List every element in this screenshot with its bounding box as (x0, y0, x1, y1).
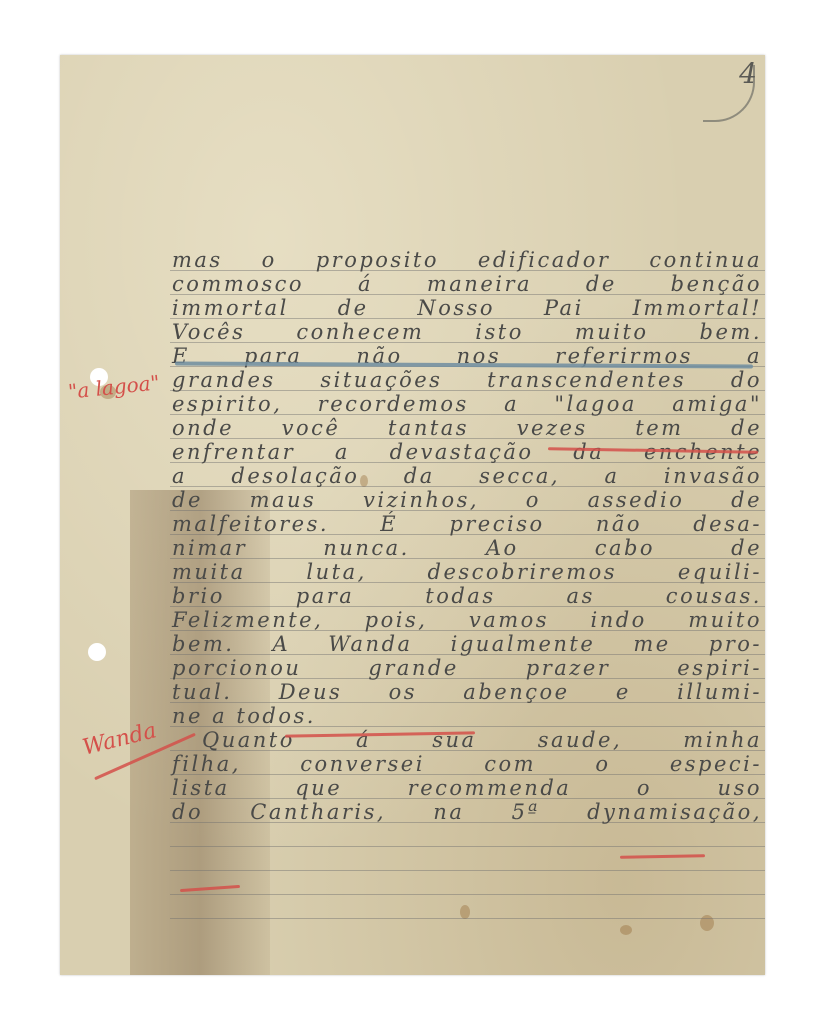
ruled-line (170, 870, 765, 871)
text-line: grandes situações transcendentes do (172, 368, 762, 392)
text-line: nimar nunca. Ao cabo de (172, 536, 762, 560)
text-line: a desolação da secca, a invasão (172, 464, 762, 488)
text-line: espirito, recordemos a "lagoa amiga" (172, 392, 762, 416)
red-pencil-underline (620, 854, 705, 858)
stain-spot (620, 925, 632, 935)
text-line: malfeitores. É preciso não desa- (172, 512, 762, 536)
text-line: commosco á maneira de benção (172, 272, 762, 296)
text-line: bem. A Wanda igualmente me pro- (172, 632, 762, 656)
text-line: Vocês conhecem isto muito bem. (172, 320, 762, 344)
text-line: onde você tantas vezes tem de (172, 416, 762, 440)
punch-hole (88, 643, 106, 661)
text-line: filha, conversei com o especi- (172, 752, 762, 776)
ruled-line (170, 894, 765, 895)
text-line: muita luta, descobriremos equili- (172, 560, 762, 584)
text-line: Felizmente, pois, vamos indo muito (172, 608, 762, 632)
text-line: lista que recommenda o uso (172, 776, 762, 800)
stain-spot (460, 905, 470, 919)
manuscript-page: 4 mas o proposito edificador continua co… (60, 55, 765, 975)
text-line: ne a todos. (172, 704, 762, 728)
text-line: brio para todas as cousas. (172, 584, 762, 608)
text-line: mas o proposito edificador continua (172, 248, 762, 272)
text-line: immortal de Nosso Pai Immortal! (172, 296, 762, 320)
text-line: de maus vizinhos, o assedio de (172, 488, 762, 512)
ruled-line (170, 918, 765, 919)
margin-note-lagoa: "a lagoa" (67, 370, 161, 403)
text-line: do Cantharis, na 5ª dynamisação, (172, 800, 762, 824)
text-line: tual. Deus os abençoe e illumi- (172, 680, 762, 704)
text-line: porcionou grande prazer espiri- (172, 656, 762, 680)
ruled-line (170, 846, 765, 847)
page-number: 4 (739, 57, 757, 90)
